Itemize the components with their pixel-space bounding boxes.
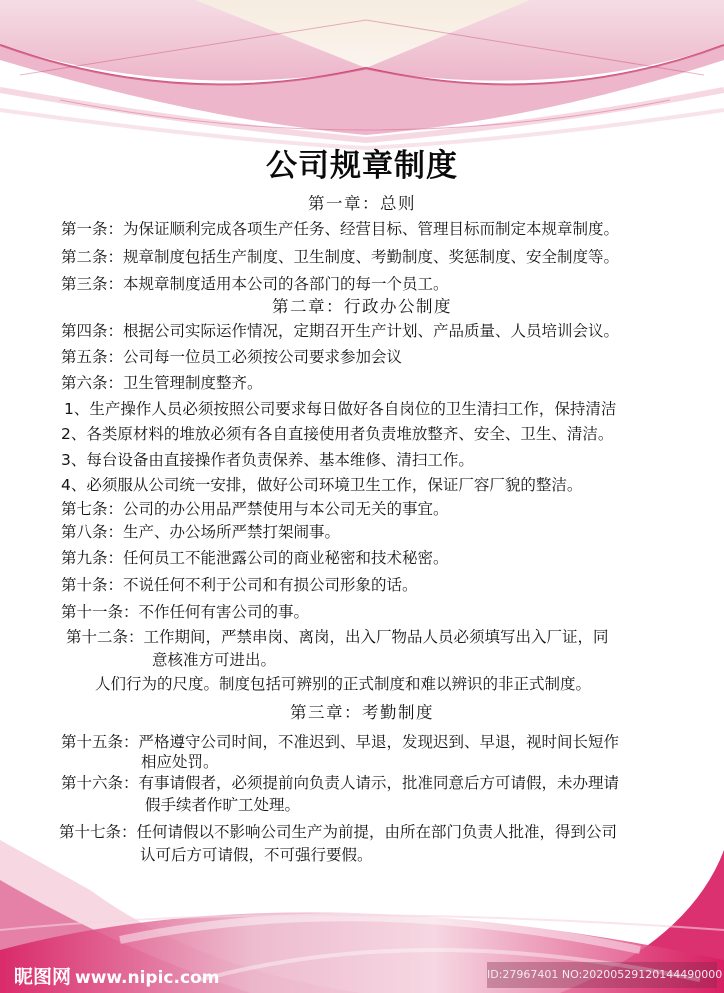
hygiene-item-3: 3、每台设备由直接操作者负责保养、基本维修、清扫工作。 [61, 451, 474, 469]
chapter-heading-1: 第一章：总则 [0, 194, 724, 214]
article-4: 第四条：根据公司实际运作情况，定期召开生产计划、产品质量、人员培训会议。 [61, 322, 619, 340]
article-16-continued: 假手续者作旷工处理。 [145, 796, 300, 814]
article-1: 第一条：为保证顺利完成各项生产任务、经营目标、管理目标而制定本规章制度。 [61, 220, 619, 238]
chapter-heading-2: 第二章：行政办公制度 [0, 297, 724, 317]
article-3: 第三条：本规章制度适用本公司的各部门的每一个员工。 [61, 275, 449, 293]
article-8: 第八条：生产、办公场所严禁打架闹事。 [61, 523, 340, 541]
article-11: 第十一条：不作任何有害公司的事。 [61, 603, 309, 621]
hygiene-item-4: 4、必须服从公司统一安排，做好公司环境卫生工作，保证厂容厂貌的整洁。 [61, 476, 582, 494]
article-10: 第十条：不说任何不利于公司和有损公司形象的话。 [61, 576, 418, 594]
article-17-continued: 认可后方可请假，不可强行要假。 [140, 846, 373, 864]
watermark-url: www.nipic.com [75, 968, 219, 988]
article-6: 第六条：卫生管理制度整齐。 [61, 374, 263, 392]
nipic-watermark-logo: 昵图网www.nipic.com [14, 962, 219, 989]
article-16: 第十六条：有事请假者，必须提前向负责人请示，批准同意后方可请假，未办理请 [61, 774, 619, 792]
article-2: 第二条：规章制度包括生产制度、卫生制度、考勤制度、奖惩制度、安全制度等。 [61, 248, 619, 266]
article-12: 第十二条：工作期间，严禁串岗、离岗，出入厂物品人员必须填写出入厂证，同 [66, 628, 609, 646]
watermark-id-badge: ID:27967401 NO:20200529120144490000 [487, 962, 717, 988]
article-17: 第十七条：任何请假以不影响公司生产为前提，由所在部门负责人批准，得到公司 [59, 823, 617, 841]
hygiene-item-2: 2、各类原材料的堆放必须有各自直接使用者负责堆放整齐、安全、卫生、清洁。 [61, 425, 613, 443]
institution-note: 人们行为的尺度。制度包括可辨别的正式制度和难以辨识的非正式制度。 [95, 675, 591, 693]
document-title: 公司规章制度 [0, 140, 724, 185]
chapter-heading-3: 第三章：考勤制度 [0, 703, 724, 723]
article-9: 第九条：任何员工不能泄露公司的商业秘密和技术秘密。 [61, 549, 449, 567]
article-15: 第十五条：严格遵守公司时间，不准迟到、早退，发现迟到、早退，视时间长短作 [61, 733, 619, 751]
article-7: 第七条：公司的办公用品严禁使用与本公司无关的事宜。 [61, 500, 449, 518]
hygiene-item-1: 1、生产操作人员必须按照公司要求每日做好各自岗位的卫生清扫工作，保持清洁 [64, 400, 616, 418]
article-15-continued: 相应处罚。 [141, 753, 219, 771]
watermark-logo-text: 昵图网 [14, 966, 71, 988]
top-wave-decoration [0, 0, 724, 150]
article-5: 第五条：公司每一位员工必须按公司要求参加会议 [61, 348, 402, 366]
article-12-continued: 意核准方可进出。 [152, 651, 276, 669]
